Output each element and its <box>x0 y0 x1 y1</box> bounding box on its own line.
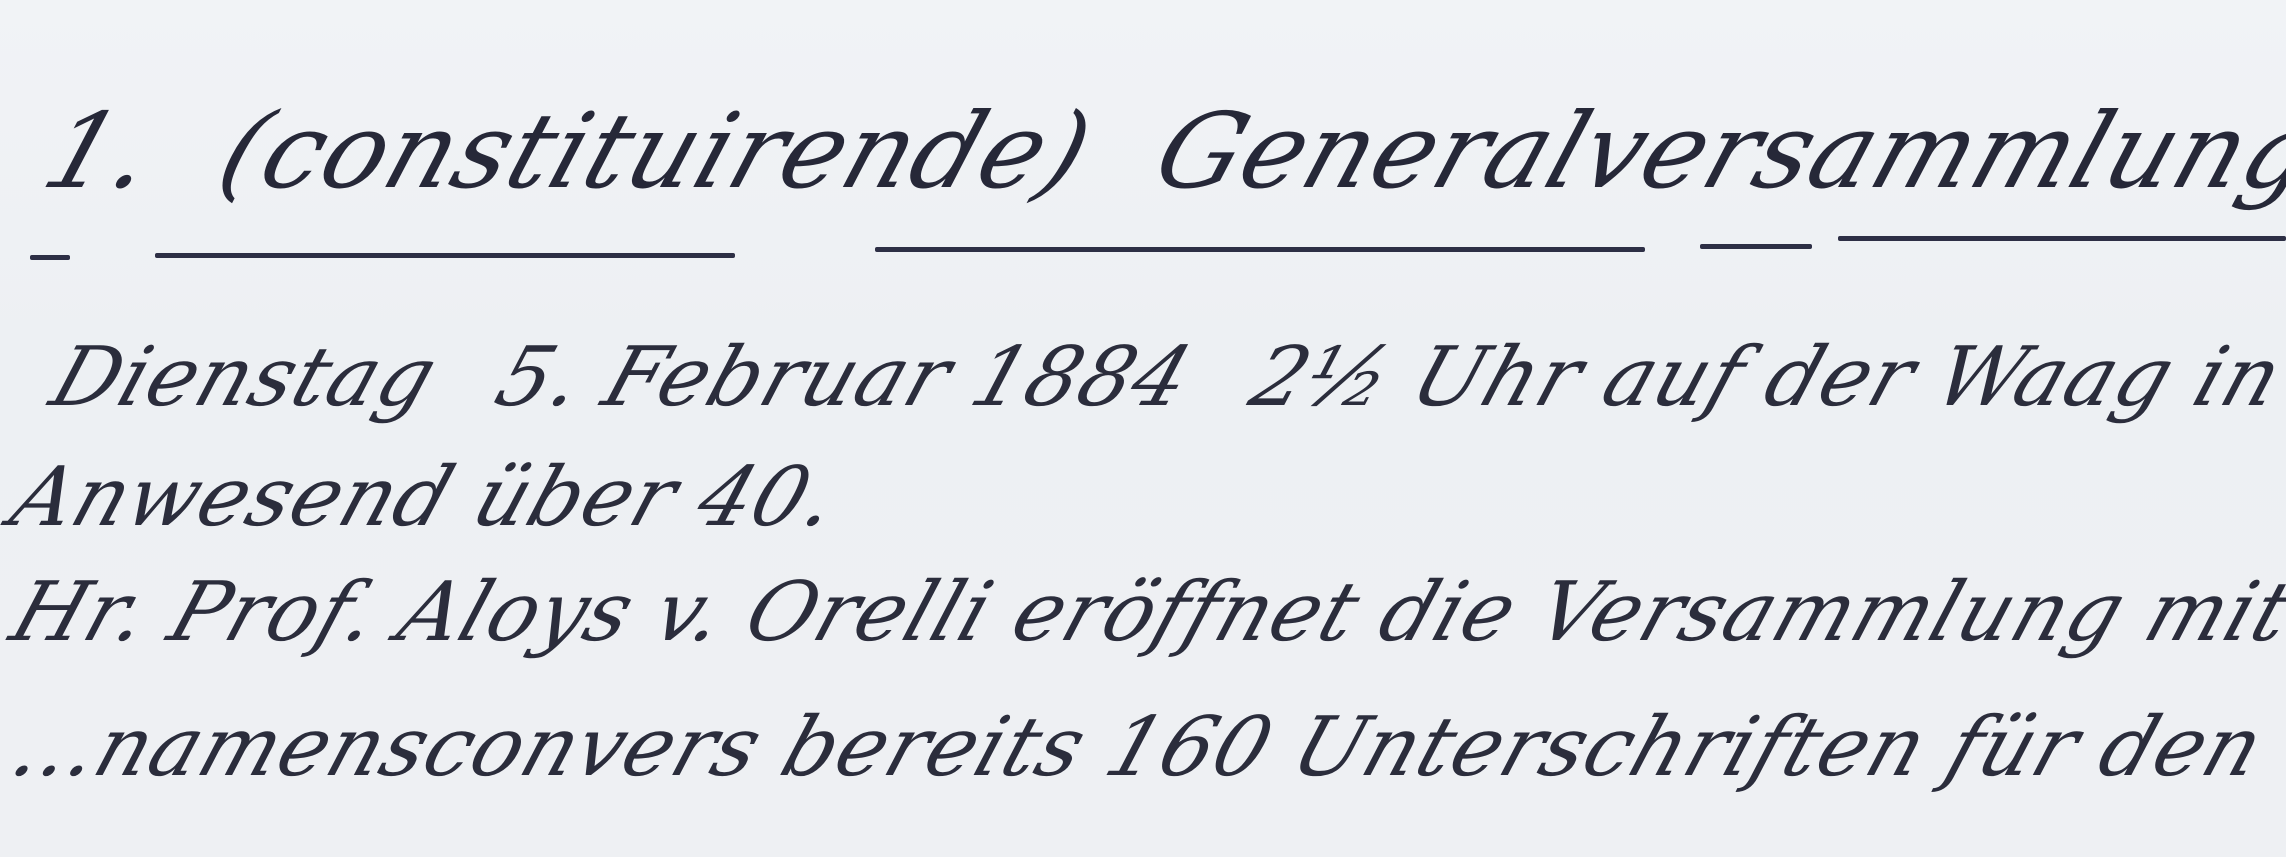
heading-underline <box>1737 244 1812 249</box>
heading: 1. (constituirende) Generalversammlung d… <box>30 90 2286 212</box>
heading-underline <box>1700 244 1740 249</box>
date-line: Dienstag 5. Februar 1884 2½ Uhr auf der … <box>40 330 2286 425</box>
text-line: …namensconvers bereits 160 Unterschrifte… <box>0 700 2286 795</box>
date: 5. Februar 1884 <box>485 330 1203 425</box>
heading-number: 1. <box>30 90 171 212</box>
time-place: 2½ Uhr auf der Waag in Z… <box>1239 330 2286 425</box>
heading-underline <box>1838 236 2286 241</box>
text-line: Hr. Prof. Aloys v. Orelli eröffnet die V… <box>0 565 2286 660</box>
attendance-line: Anwesend über 40. <box>0 450 850 545</box>
heading-title: Generalversammlung des Verschö… <box>1141 90 2286 212</box>
heading-underline <box>875 247 1645 252</box>
weekday: Dienstag <box>40 330 449 425</box>
heading-underline <box>30 255 70 260</box>
manuscript-page: 1. (constituirende) Generalversammlung d… <box>0 0 2286 857</box>
heading-underline <box>155 253 735 258</box>
heading-parenthetical: (constituirende) <box>205 90 1106 212</box>
